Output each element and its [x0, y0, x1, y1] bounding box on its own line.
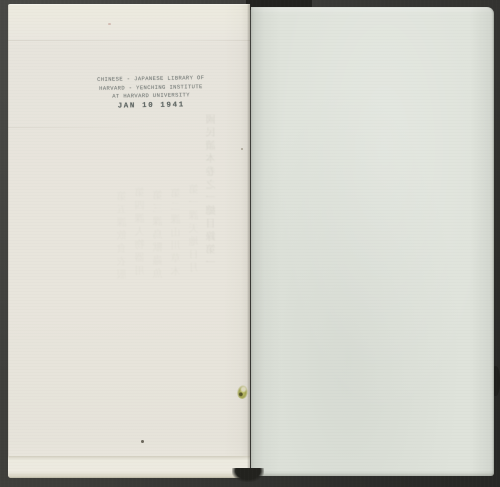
page-crease	[8, 127, 250, 128]
under-page-edges	[8, 456, 250, 478]
bleedthrough-column: 第五課飲食衣服	[116, 191, 131, 282]
bleedthrough-column: 第一課天地日月	[188, 184, 203, 275]
left-page: CHINESE - JAPANESE LIBRARY OF HARVARD - …	[8, 4, 250, 478]
bleedthrough-column: 第四課人物器用	[134, 187, 149, 278]
page-crease	[8, 40, 250, 41]
spine-shadow	[232, 468, 264, 482]
bleedthrough-column: 第三課鳥獸蟲魚	[152, 190, 167, 281]
right-page	[251, 7, 494, 476]
paper-speck	[108, 23, 111, 25]
paper-speck	[141, 440, 144, 443]
bleedthrough-column: 第二課山川草木	[170, 188, 185, 279]
library-stamp: CHINESE - JAPANESE LIBRARY OF HARVARD - …	[92, 74, 211, 111]
bleedthrough-column: 國民讀本卷之一總目錄第一	[205, 114, 220, 270]
bleedthrough-text: 國民讀本卷之一總目錄第一 第一課天地日月 第二課山川草木 第三課鳥獸蟲魚 第四課…	[108, 108, 222, 320]
book-scan-photo: CHINESE - JAPANESE LIBRARY OF HARVARD - …	[0, 0, 500, 487]
stamp-date: JAN 10 1941	[92, 100, 210, 110]
paper-speck	[241, 148, 243, 150]
